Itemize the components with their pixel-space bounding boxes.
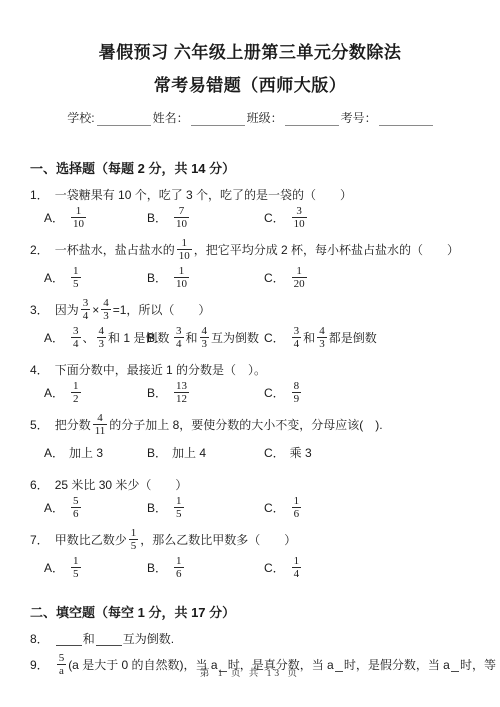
answer-option: A．110 (44, 205, 147, 231)
answer-option: B．1312 (147, 380, 264, 406)
text-run: 把分数 (55, 416, 91, 433)
question-item: 2．一杯盐水，盐占盐水的110，把它平均分成 2 杯，每小杯盐占盐水的（ ）A．… (30, 236, 496, 292)
answer-option: A．15 (44, 555, 147, 581)
option-label: B． (147, 269, 167, 286)
fraction-numerator: 4 (101, 297, 111, 309)
info-blank-line (191, 112, 245, 126)
text-run: 甲数比乙数少 (55, 531, 127, 548)
text-run: 一袋糖果有 10 个，吃了 3 个，吃了的是一袋的（ ） (55, 186, 352, 203)
info-field-label: 学校: (67, 109, 94, 126)
info-blank-line (379, 112, 433, 126)
question-number: 1． (30, 186, 49, 203)
question-item: 7．甲数比乙数少15，那么乙数比甲数多（ ）A．15B．16C．14 (30, 526, 496, 582)
option-label: A． (44, 559, 64, 576)
fraction-numerator: 4 (200, 325, 210, 337)
fraction-denominator: 10 (174, 217, 189, 230)
answer-option: A．15 (44, 265, 147, 291)
fraction: 34 (81, 297, 91, 323)
text-run: 下面分数中，最接近 1 的分数是（ ）。 (55, 361, 266, 378)
fraction-denominator: 9 (292, 392, 302, 405)
answer-option: C．乘 3 (264, 444, 496, 461)
fraction-numerator: 3 (81, 297, 91, 309)
option-label: C． (264, 499, 285, 516)
options-row: A．15B．16C．14 (44, 553, 496, 582)
fraction-denominator: 5 (129, 539, 139, 552)
fraction: 16 (174, 555, 184, 581)
answer-option: B．16 (147, 555, 264, 581)
fraction-numerator: 1 (71, 265, 81, 277)
info-field-label: 班级： (247, 109, 283, 126)
option-label: A． (44, 384, 64, 401)
answer-option: A．12 (44, 380, 147, 406)
answer-option: C．16 (264, 495, 496, 521)
text-run: 和 (186, 329, 198, 346)
question-stem: 3．因为34×43=1，所以（ ） (30, 296, 496, 323)
question-stem: 2．一杯盐水，盐占盐水的110，把它平均分成 2 杯，每小杯盐占盐水的（ ） (30, 236, 496, 263)
fraction: 14 (292, 555, 302, 581)
fraction: 43 (317, 325, 327, 351)
fraction-denominator: 20 (292, 277, 307, 290)
fraction-denominator: 5 (174, 507, 184, 520)
option-label: A． (44, 444, 64, 461)
question-number: 7． (30, 531, 49, 548)
fraction: 120 (292, 265, 307, 291)
option-label: B． (147, 499, 167, 516)
fraction-denominator: 10 (174, 277, 189, 290)
question-number: 6． (30, 476, 49, 493)
question-stem: 4．下面分数中，最接近 1 的分数是（ ）。 (30, 361, 496, 378)
option-label: C． (264, 559, 285, 576)
option-label: C． (264, 384, 285, 401)
fraction-denominator: 6 (71, 507, 81, 520)
fraction-denominator: 11 (93, 424, 108, 437)
text-run: 、 (83, 329, 95, 346)
fraction-numerator: 4 (97, 325, 107, 337)
question-item: 3．因为34×43=1，所以（ ）A．34、43和 1 是倒数B．34和43互为… (30, 296, 496, 352)
section-heading: 一、选择题（每题 2 分，共 14 分） (30, 158, 496, 177)
text-run: 乘 3 (290, 444, 312, 461)
question-number: 5． (30, 416, 49, 433)
info-field-label: 姓名： (153, 109, 189, 126)
option-label: C． (264, 444, 285, 461)
text-run: 都是倒数 (329, 329, 377, 346)
answer-option: B．34和43互为倒数 (147, 325, 264, 351)
fraction: 34 (71, 325, 81, 351)
text-run: ，把它平均分成 2 杯，每小杯盐占盐水的（ ） (194, 241, 459, 258)
answer-option: A．34、43和 1 是倒数 (44, 325, 147, 351)
fraction: 15 (71, 265, 81, 291)
fraction: 34 (292, 325, 302, 351)
document-title-block: 暑假预习 六年级上册第三单元分数除法 常考易错题（西师大版） (0, 0, 500, 102)
option-label: B． (147, 559, 167, 576)
options-row: A．56B．15C．16 (44, 493, 496, 522)
fraction-denominator: 3 (97, 337, 107, 350)
fraction-denominator: 2 (71, 392, 81, 405)
text-run: × (92, 303, 99, 317)
fraction: 43 (97, 325, 107, 351)
text-run: 加上 4 (172, 444, 206, 461)
fraction: 89 (292, 380, 302, 406)
title-line-1: 暑假预习 六年级上册第三单元分数除法 (0, 36, 500, 69)
option-label: C． (264, 269, 285, 286)
fraction-denominator: 10 (71, 217, 86, 230)
worksheet-body: 一、选择题（每题 2 分，共 14 分）1．一袋糖果有 10 个，吃了 3 个，… (0, 158, 500, 678)
options-row: A．34、43和 1 是倒数B．34和43互为倒数C．34和43都是倒数 (44, 323, 496, 352)
answer-blank (96, 632, 122, 646)
question-item: 1．一袋糖果有 10 个，吃了 3 个，吃了的是一袋的（ ）A．110B．710… (30, 186, 496, 232)
fraction-numerator: 3 (71, 325, 81, 337)
student-info-line: 学校:姓名：班级：考号： (0, 109, 500, 126)
answer-option: B．710 (147, 205, 264, 231)
worksheet-page: 暑假预习 六年级上册第三单元分数除法 常考易错题（西师大版） 学校:姓名：班级：… (0, 0, 500, 707)
text-run: 和 (83, 630, 95, 647)
option-label: B． (147, 444, 167, 461)
text-run: 一杯盐水，盐占盐水的 (55, 241, 175, 258)
answer-option: C．89 (264, 380, 496, 406)
option-label: A． (44, 209, 64, 226)
question-item: 8．和互为倒数. (30, 630, 496, 647)
answer-option: C．14 (264, 555, 496, 581)
info-blank-line (285, 112, 339, 126)
fraction-denominator: 4 (292, 337, 302, 350)
answer-option: B．110 (147, 265, 264, 291)
answer-option: B．加上 4 (147, 444, 264, 461)
fraction-numerator: 5 (71, 495, 81, 507)
question-number: 3． (30, 301, 49, 318)
title-line-2: 常考易错题（西师大版） (0, 69, 500, 102)
fraction-numerator: 1 (174, 495, 184, 507)
info-field: 学校: (67, 109, 150, 126)
fraction-numerator: 1 (292, 495, 302, 507)
fraction-denominator: 4 (174, 337, 184, 350)
fraction-numerator: 1 (129, 527, 139, 539)
question-stem: 6．25 米比 30 米少（ ） (30, 476, 496, 493)
question-item: 5．把分数411的分子加上 8，要使分数的大小不变，分母应该( ).A．加上 3… (30, 411, 496, 467)
option-label: B． (147, 329, 167, 346)
fraction: 15 (174, 495, 184, 521)
fraction: 110 (177, 237, 192, 263)
fraction: 34 (174, 325, 184, 351)
answer-option: C．310 (264, 205, 496, 231)
option-label: C． (264, 209, 285, 226)
question-stem: 7．甲数比乙数少15，那么乙数比甲数多（ ） (30, 526, 496, 553)
fraction-numerator: 4 (317, 325, 327, 337)
text-run: 和 (303, 329, 315, 346)
options-row: A．110B．710C．310 (44, 203, 496, 232)
info-field-label: 考号： (341, 109, 377, 126)
fraction: 310 (292, 205, 307, 231)
question-stem: 8．和互为倒数. (30, 630, 496, 647)
question-item: 4．下面分数中，最接近 1 的分数是（ ）。A．12B．1312C．89 (30, 361, 496, 407)
answer-option: B．15 (147, 495, 264, 521)
question-number: 8． (30, 630, 49, 647)
fraction-denominator: 6 (292, 507, 302, 520)
info-field: 考号： (341, 109, 433, 126)
option-label: B． (147, 209, 167, 226)
answer-option: A．56 (44, 495, 147, 521)
options-row: A．15B．110C．120 (44, 263, 496, 292)
fraction-denominator: 3 (317, 337, 327, 350)
text-run: 互为倒数 (211, 329, 259, 346)
text-run: 因为 (55, 301, 79, 318)
info-field: 姓名： (153, 109, 245, 126)
fraction-numerator: 1 (174, 555, 184, 567)
option-label: A． (44, 269, 64, 286)
text-run: =1，所以（ ） (113, 301, 211, 318)
fraction: 710 (174, 205, 189, 231)
fraction-denominator: 10 (177, 249, 192, 262)
fraction-denominator: 4 (292, 567, 302, 580)
option-label: B． (147, 384, 167, 401)
fraction: 110 (71, 205, 86, 231)
fraction: 43 (200, 325, 210, 351)
question-stem: 1．一袋糖果有 10 个，吃了 3 个，吃了的是一袋的（ ） (30, 186, 496, 203)
option-label: C． (264, 329, 285, 346)
fraction-numerator: 1 (71, 555, 81, 567)
answer-blank (56, 632, 82, 646)
question-number: 2． (30, 241, 49, 258)
fraction-denominator: 4 (81, 309, 91, 322)
answer-option: C．34和43都是倒数 (264, 325, 496, 351)
fraction-numerator: 1 (177, 265, 187, 277)
fraction: 411 (93, 412, 108, 438)
section-heading: 二、填空题（每空 1 分，共 17 分） (30, 602, 496, 621)
fraction-numerator: 8 (292, 380, 302, 392)
fraction-numerator: 7 (177, 205, 187, 217)
text-run: 的分子加上 8，要使分数的大小不变，分母应该( ). (109, 416, 382, 433)
fraction: 16 (292, 495, 302, 521)
answer-option: C．120 (264, 265, 496, 291)
fraction: 1312 (174, 380, 189, 406)
fraction-denominator: 5 (71, 277, 81, 290)
page-number-footer: 第 1 页 共 13 页 (0, 665, 500, 679)
fraction-numerator: 1 (292, 555, 302, 567)
fraction-numerator: 4 (95, 412, 105, 424)
fraction-denominator: 3 (200, 337, 210, 350)
options-row: A．12B．1312C．89 (44, 378, 496, 407)
fraction-numerator: 1 (74, 205, 84, 217)
fraction: 15 (71, 555, 81, 581)
fraction-numerator: 1 (179, 237, 189, 249)
fraction-numerator: 3 (294, 205, 304, 217)
fraction-numerator: 13 (174, 380, 189, 392)
options-row: A．加上 3B．加上 4C．乘 3 (44, 438, 496, 467)
question-stem: 5．把分数411的分子加上 8，要使分数的大小不变，分母应该( ). (30, 411, 496, 438)
fraction-denominator: 10 (292, 217, 307, 230)
fraction-denominator: 12 (174, 392, 189, 405)
fraction-numerator: 3 (292, 325, 302, 337)
info-blank-line (97, 112, 151, 126)
fraction: 15 (129, 527, 139, 553)
text-run: 加上 3 (69, 444, 103, 461)
fraction: 56 (71, 495, 81, 521)
question-item: 6．25 米比 30 米少（ ）A．56B．15C．16 (30, 476, 496, 522)
fraction-denominator: 3 (101, 309, 111, 322)
fraction-denominator: 6 (174, 567, 184, 580)
question-number: 4． (30, 361, 49, 378)
text-run: 25 米比 30 米少（ ） (55, 476, 188, 493)
text-run: ，那么乙数比甲数多（ ） (140, 531, 296, 548)
fraction-numerator: 1 (71, 380, 81, 392)
answer-option: A．加上 3 (44, 444, 147, 461)
fraction-numerator: 1 (294, 265, 304, 277)
info-field: 班级： (247, 109, 339, 126)
option-label: A． (44, 499, 64, 516)
option-label: A． (44, 329, 64, 346)
fraction: 12 (71, 380, 81, 406)
fraction-numerator: 5 (57, 652, 67, 664)
text-run: 互为倒数. (123, 630, 174, 647)
fraction: 110 (174, 265, 189, 291)
fraction-denominator: 5 (71, 567, 81, 580)
fraction-numerator: 3 (174, 325, 184, 337)
fraction: 43 (101, 297, 111, 323)
fraction-denominator: 4 (71, 337, 81, 350)
